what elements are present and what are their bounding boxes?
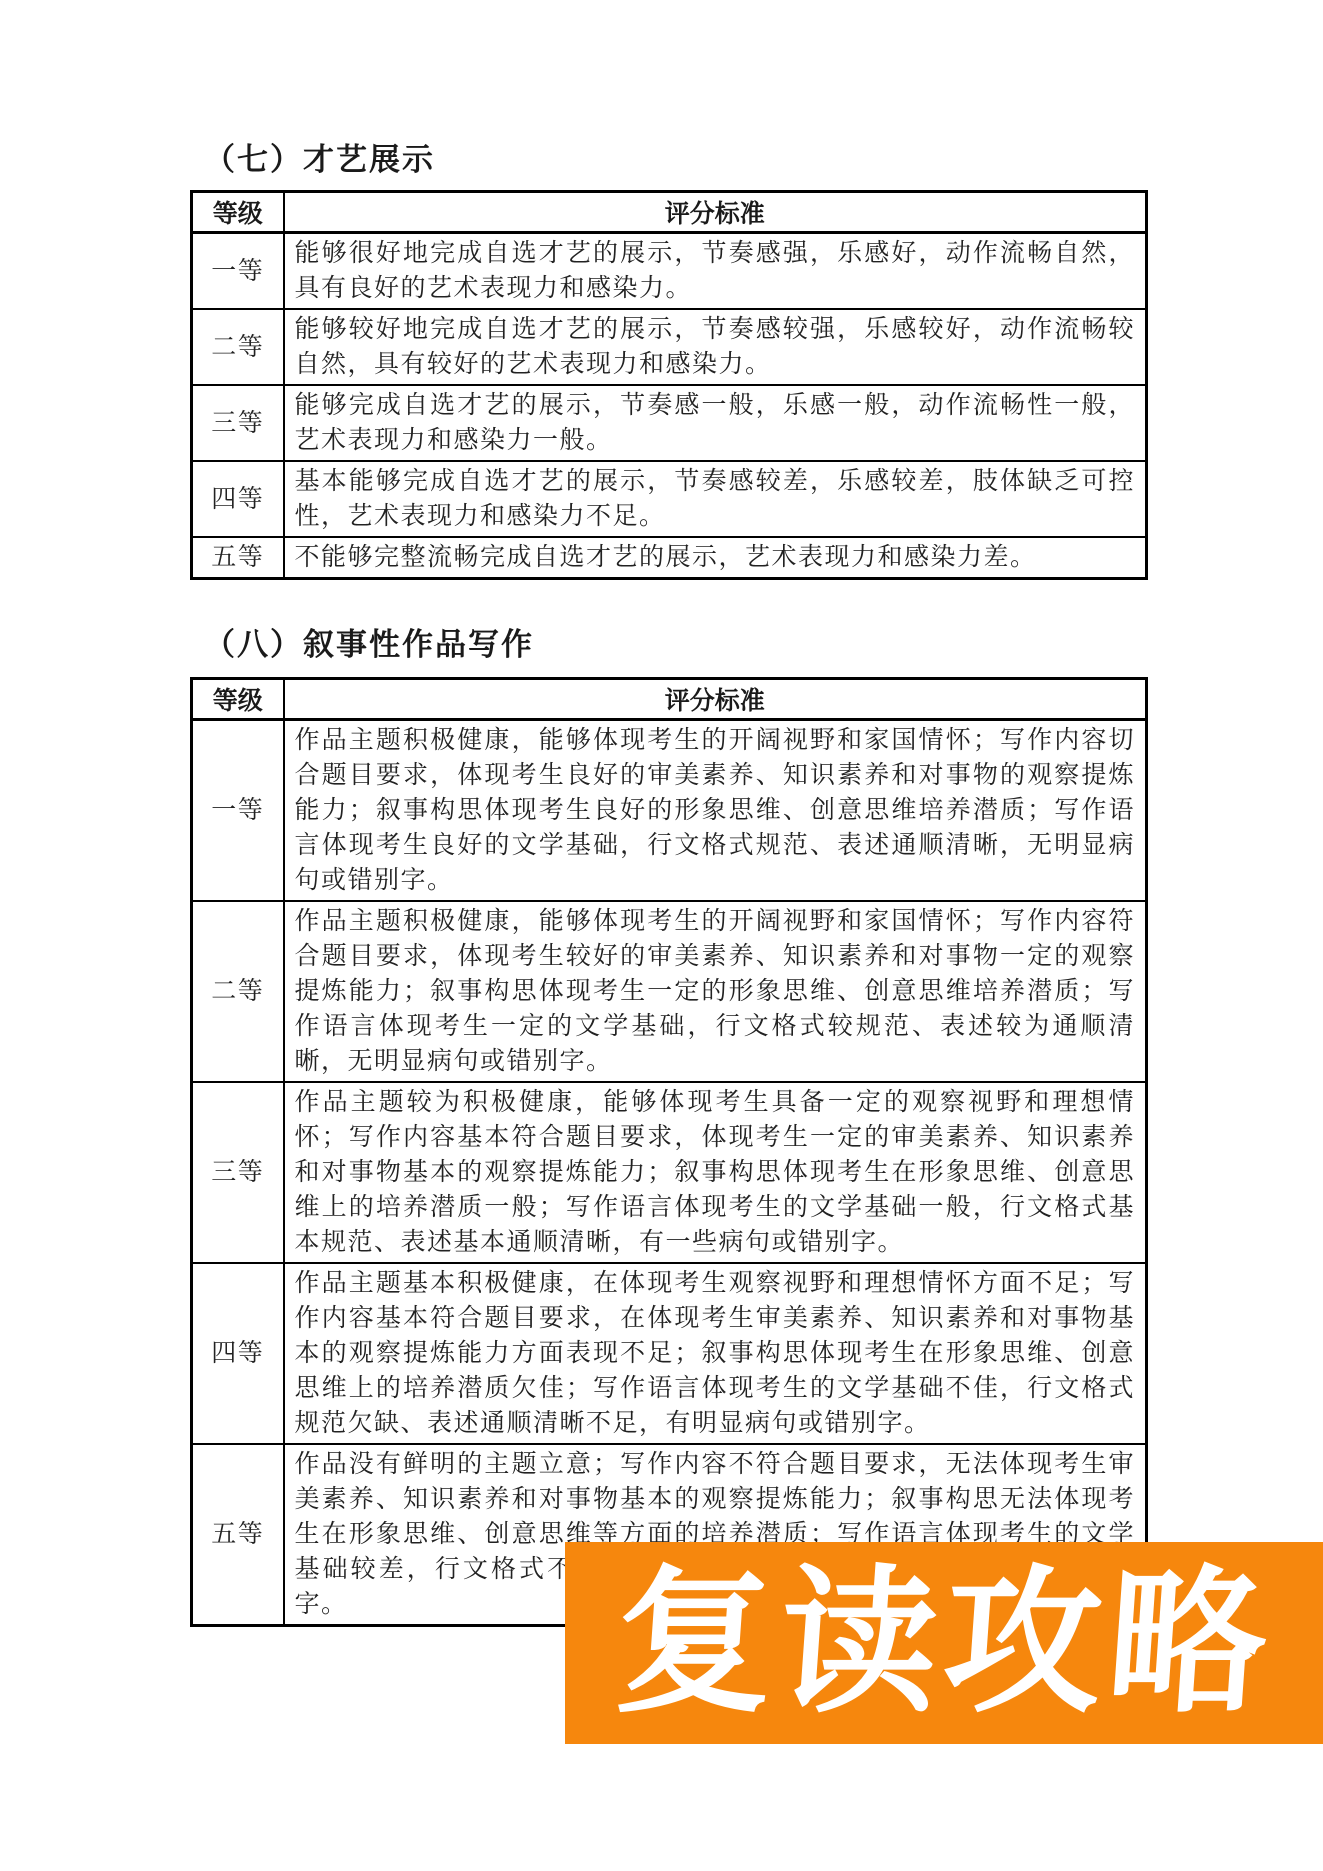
grade-cell: 二等 xyxy=(192,309,284,385)
table-row: 一等作品主题积极健康，能够体现考生的开阔视野和家国情怀；写作内容切合题目要求，体… xyxy=(192,720,1147,902)
grade-column-header: 等级 xyxy=(192,192,284,233)
grade-cell: 四等 xyxy=(192,461,284,537)
table-row: 五等不能够完整流畅完成自选才艺的展示，艺术表现力和感染力差。 xyxy=(192,537,1147,579)
table-header-row: 等级 评分标准 xyxy=(192,679,1147,720)
criteria-column-header: 评分标准 xyxy=(284,192,1147,233)
promo-banner-text: 复读攻略 xyxy=(610,1564,1277,1722)
grade-cell: 四等 xyxy=(192,1263,284,1444)
criteria-cell: 作品主题较为积极健康，能够体现考生具备一定的观察视野和理想情怀；写作内容基本符合… xyxy=(284,1082,1147,1263)
grade-cell: 五等 xyxy=(192,537,284,579)
grade-cell: 五等 xyxy=(192,1444,284,1626)
grade-cell: 三等 xyxy=(192,385,284,461)
table-row: 三等能够完成自选才艺的展示，节奏感一般，乐感一般，动作流畅性一般，艺术表现力和感… xyxy=(192,385,1147,461)
criteria-cell: 能够较好地完成自选才艺的展示，节奏感较强，乐感较好，动作流畅较自然，具有较好的艺… xyxy=(284,309,1147,385)
promo-banner: 复读攻略 xyxy=(565,1542,1323,1744)
table-row: 三等作品主题较为积极健康，能够体现考生具备一定的观察视野和理想情怀；写作内容基本… xyxy=(192,1082,1147,1263)
criteria-cell: 不能够完整流畅完成自选才艺的展示，艺术表现力和感染力差。 xyxy=(284,537,1147,579)
table-row: 四等基本能够完成自选才艺的展示，节奏感较差，乐感较差，肢体缺乏可控性，艺术表现力… xyxy=(192,461,1147,537)
grade-cell: 二等 xyxy=(192,901,284,1082)
narrative-writing-table: 等级 评分标准 一等作品主题积极健康，能够体现考生的开阔视野和家国情怀；写作内容… xyxy=(190,677,1148,1627)
grade-cell: 一等 xyxy=(192,720,284,902)
criteria-cell: 能够完成自选才艺的展示，节奏感一般，乐感一般，动作流畅性一般，艺术表现力和感染力… xyxy=(284,385,1147,461)
criteria-cell: 能够很好地完成自选才艺的展示，节奏感强，乐感好，动作流畅自然，具有良好的艺术表现… xyxy=(284,233,1147,310)
grade-cell: 三等 xyxy=(192,1082,284,1263)
table-row: 一等能够很好地完成自选才艺的展示，节奏感强，乐感好，动作流畅自然，具有良好的艺术… xyxy=(192,233,1147,310)
criteria-cell: 基本能够完成自选才艺的展示，节奏感较差，乐感较差，肢体缺乏可控性，艺术表现力和感… xyxy=(284,461,1147,537)
criteria-cell: 作品主题基本积极健康，在体现考生观察视野和理想情怀方面不足；写作内容基本符合题目… xyxy=(284,1263,1147,1444)
grade-column-header: 等级 xyxy=(192,679,284,720)
criteria-column-header: 评分标准 xyxy=(284,679,1147,720)
grade-cell: 一等 xyxy=(192,233,284,310)
criteria-cell: 作品主题积极健康，能够体现考生的开阔视野和家国情怀；写作内容符合题目要求，体现考… xyxy=(284,901,1147,1082)
table-row: 四等作品主题基本积极健康，在体现考生观察视野和理想情怀方面不足；写作内容基本符合… xyxy=(192,1263,1147,1444)
talent-display-table: 等级 评分标准 一等能够很好地完成自选才艺的展示，节奏感强，乐感好，动作流畅自然… xyxy=(190,190,1148,580)
section-7-heading: （七）才艺展示 xyxy=(204,140,1148,180)
table-row: 二等作品主题积极健康，能够体现考生的开阔视野和家国情怀；写作内容符合题目要求，体… xyxy=(192,901,1147,1082)
criteria-cell: 作品主题积极健康，能够体现考生的开阔视野和家国情怀；写作内容切合题目要求，体现考… xyxy=(284,720,1147,902)
document-content: （七）才艺展示 等级 评分标准 一等能够很好地完成自选才艺的展示，节奏感强，乐感… xyxy=(190,140,1148,1627)
table-row: 二等能够较好地完成自选才艺的展示，节奏感较强，乐感较好，动作流畅较自然，具有较好… xyxy=(192,309,1147,385)
table-header-row: 等级 评分标准 xyxy=(192,192,1147,233)
section-8-heading: （八）叙事性作品写作 xyxy=(204,625,1148,665)
